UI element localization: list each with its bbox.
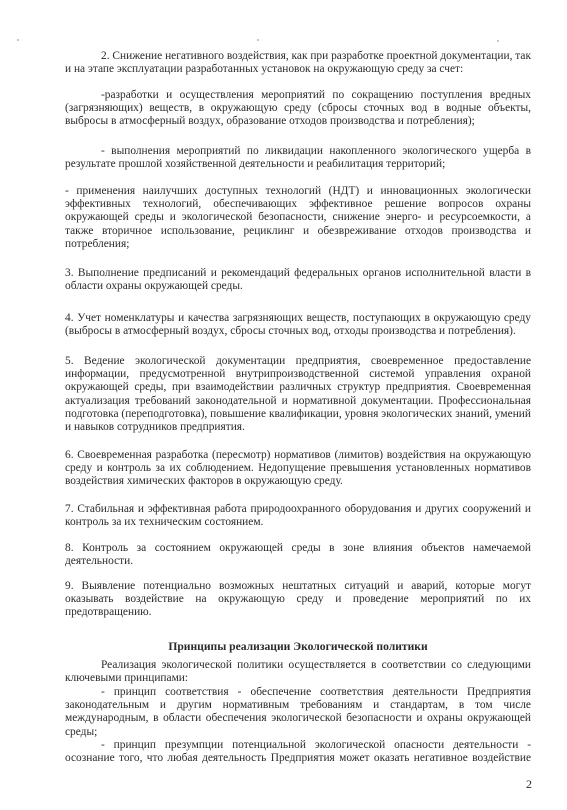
bullet-eliminate-damage: - выполнения мероприятий по ликвидации н… [65,145,531,171]
document-page: 2. Снижение негативного воздействия, как… [0,0,567,810]
scan-speck [17,39,19,41]
bullet-reduce-emissions: -разработки и осуществления мероприятий … [65,89,531,129]
section-intro: Реализация экологической политики осущес… [65,659,531,685]
bullet-best-technologies: - применения наилучших доступных техноло… [65,185,531,251]
paragraph-6: 6. Своевременная разработка (пересмотр) … [65,449,531,489]
paragraph-2: 2. Снижение негативного воздействия, как… [65,50,531,76]
paragraph-5: 5. Ведение экологической документации пр… [65,355,531,434]
paragraph-3: 3. Выполнение предписаний и рекомендаций… [65,267,531,293]
text-column: 2. Снижение негативного воздействия, как… [65,0,531,810]
paragraph-9: 9. Выявление потенциально возможных нешт… [65,580,531,620]
principle-presumption: - принцип презумпции потенциальной эколо… [65,739,531,765]
paragraph-4: 4. Учет номенклатуры и качества загрязня… [65,312,531,338]
section-heading: Принципы реализации Экологической полити… [65,640,531,653]
paragraph-7: 7. Стабильная и эффективная работа приро… [65,503,531,529]
paragraph-8: 8. Контроль за состоянием окружающей сре… [65,542,531,568]
page-number: 2 [526,777,532,791]
principle-conformity: - принцип соответствия - обеспечение соо… [65,686,531,739]
